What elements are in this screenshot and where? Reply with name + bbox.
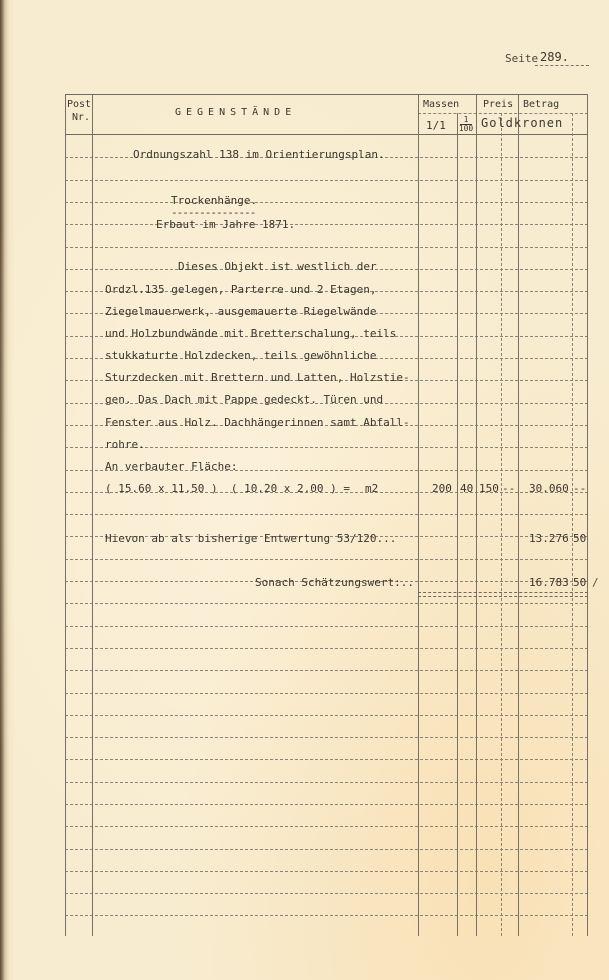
row-rule <box>65 826 588 827</box>
header-currency-goldkronen: Goldkronen <box>481 116 563 130</box>
col-line-right <box>587 94 588 936</box>
row-rule <box>65 849 588 850</box>
row-rule <box>65 670 588 671</box>
area-betrag-int: 30.060 <box>529 482 569 495</box>
area-betrag-dec: -- <box>573 482 586 495</box>
row-rule <box>65 559 588 560</box>
check-mark-icon: / <box>592 576 599 589</box>
description-line: Sturzdecken mit Brettern und Latten, Hol… <box>105 371 410 384</box>
row-rule <box>65 603 588 604</box>
header-massen-full: 1/1 <box>426 119 446 132</box>
page-number: 289. <box>540 50 569 64</box>
col-line-massen-sub <box>457 113 458 936</box>
depreciation-label: Hievon ab als bisherige Entwertung 53/12… <box>105 532 396 545</box>
col-line-left <box>65 94 66 936</box>
depreciation-betrag-dec: 50 <box>573 532 586 545</box>
description-line: gen. Das Dach mit Pappe gedeckt. Türen u… <box>105 393 383 406</box>
col-line-post <box>92 94 93 936</box>
row-rule <box>65 648 588 649</box>
description-line: und Holzbundwände mit Bretterschalung, t… <box>105 327 396 340</box>
col-line-preis <box>518 94 519 936</box>
built-year: Erbaut im Jahre 1871. <box>156 218 295 231</box>
area-massen-dec: 40 <box>460 482 473 495</box>
row-rule <box>65 782 588 783</box>
col-line-massen <box>476 94 477 936</box>
description-line: rohre. <box>105 438 145 451</box>
total-double-underline <box>418 592 588 597</box>
header-preis: Preis <box>483 99 513 110</box>
row-rule <box>65 180 588 181</box>
description-line: Ordzl.135 gelegen, Parterre und 2 Etagen… <box>105 283 377 296</box>
page-number-underline <box>535 65 589 66</box>
estimate-label: Sonach Schätzungswert:.. <box>255 576 414 589</box>
ledger-table: Post Nr. GEGENSTÄNDE Massen 1/1 1 100 Pr… <box>65 94 588 936</box>
row-rule <box>65 737 588 738</box>
header-betrag: Betrag <box>523 99 559 110</box>
row-rule <box>65 693 588 694</box>
estimate-betrag-dec: 50 <box>573 576 586 589</box>
header-massen: Massen <box>423 99 459 110</box>
header-post: Post <box>67 99 91 110</box>
estimate-betrag-int: 16.783 <box>529 576 569 589</box>
row-rule <box>65 224 588 225</box>
col-line-items <box>418 94 419 936</box>
header-massen-hundredth: 1 100 <box>458 116 474 132</box>
row-rule <box>65 915 588 916</box>
header-gegenstaende: GEGENSTÄNDE <box>175 107 296 118</box>
area-preis-dec: -- <box>502 482 515 495</box>
row-rule <box>65 626 588 627</box>
table-top-border <box>65 94 588 95</box>
row-rule <box>65 715 588 716</box>
row-rule <box>65 514 588 515</box>
row-rule <box>65 871 588 872</box>
area-preis-int: 150 <box>479 482 499 495</box>
row-rule <box>65 202 588 203</box>
row-rule <box>65 247 588 248</box>
header-bottom-border <box>65 134 588 135</box>
row-rule <box>65 804 588 805</box>
col-line-preis-sub <box>501 113 502 936</box>
description-line: stukkaturte Holzdecken, teils gewöhnlich… <box>105 349 377 362</box>
description-line: Ziegelmauerwerk, ausgemauerte Riegelwänd… <box>105 305 377 318</box>
header-subdivider <box>418 113 588 114</box>
area-massen-int: 200 <box>432 482 452 495</box>
ordnungszahl-line: Ordnungszahl 138 im Orientierungsplan. <box>133 148 385 161</box>
area-label: An verbauter Fläche: <box>105 460 237 473</box>
header-nr: Nr. <box>72 112 90 123</box>
row-rule <box>65 893 588 894</box>
row-rule <box>65 759 588 760</box>
depreciation-betrag-int: 13.276 <box>529 532 569 545</box>
description-line: Dieses Objekt ist westlich der <box>178 260 377 273</box>
area-formula: ( 15.60 x 11.50 ) ( 10.20 x 2.00 ) = <box>105 482 350 495</box>
page-label: Seite <box>505 52 538 65</box>
col-line-betrag-sub <box>572 113 573 936</box>
description-line: Fenster aus Holz. Dachhängerinnen samt A… <box>105 416 410 429</box>
area-unit: m2 <box>365 482 378 495</box>
